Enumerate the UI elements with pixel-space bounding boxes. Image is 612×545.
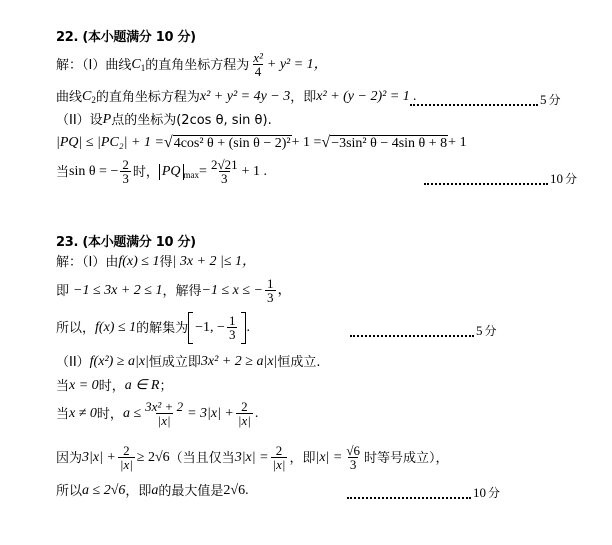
q22-line4: |PQ| ≤ |PC₂| + 1 = √4cos² θ + (sin θ − 2… bbox=[56, 132, 467, 154]
q23-line6: 当 x ≠ 0 时， a ≤ 3x² + 2|x| = 3|x| + 2|x| … bbox=[56, 396, 258, 432]
fraction: x²4 bbox=[251, 51, 265, 80]
q23-line3: 所以， f(x) ≤ 1 的解集为 −1, − 13 . bbox=[56, 311, 250, 345]
q23-line7: 因为 3|x| + 2|x| ≥ 2√6 （当且仅当 3|x| = 2|x| ，… bbox=[56, 440, 449, 476]
leader-dots bbox=[410, 100, 538, 106]
q22-score-10: 10分 bbox=[424, 170, 577, 187]
q23-score-10: 10分 bbox=[347, 484, 500, 501]
q23-line5: 当 x = 0 时， a ∈ R ； bbox=[56, 377, 172, 395]
q23-title: 23. (本小题满分 10 分) bbox=[56, 236, 196, 249]
q23-line8: 所以 a ≤ 2√6 ，即 a 的最大值是 2√6 . bbox=[56, 482, 249, 500]
q23-line2: 即 −1 ≤ 3x + 2 ≤ 1 ，解得 −1 ≤ x ≤ − 13 ， bbox=[56, 275, 292, 307]
q22-line1: 解：（I）曲线 C1 的直角坐标方程为 x²4 + y² = 1， bbox=[56, 50, 328, 80]
leader-dots bbox=[424, 179, 548, 185]
sqrt: √4cos² θ + (sin θ − 2)² bbox=[164, 135, 292, 151]
q22-score-5: 5分 bbox=[410, 91, 561, 108]
leader-dots bbox=[350, 331, 474, 337]
left-bracket bbox=[188, 312, 193, 344]
q22-title: 22. (本小题满分 10 分) bbox=[56, 31, 196, 44]
q23-line4: （II） f(x²) ≥ a|x| 恒成立即 3x² + 2 ≥ a|x| 恒成… bbox=[56, 352, 321, 372]
q22-line3: （II）设 P 点的坐标为(2cos θ, sin θ). bbox=[56, 111, 272, 129]
q23-line1: 解：（I）由 f(x) ≤ 1 得 | 3x + 2 |≤ 1， bbox=[56, 253, 256, 271]
q22-line2: 曲线 C2 的直角坐标方程为 x² + y² = 4y − 3 ，即 x² + … bbox=[56, 88, 417, 106]
leader-dots bbox=[347, 493, 471, 499]
sqrt: √−3sin² θ − 4sin θ + 8 bbox=[321, 135, 448, 151]
q23-score-5: 5分 bbox=[350, 322, 497, 339]
q22-line5: 当 sin θ = − 23 时， PQmax = 2√213 + 1 . bbox=[56, 156, 267, 188]
